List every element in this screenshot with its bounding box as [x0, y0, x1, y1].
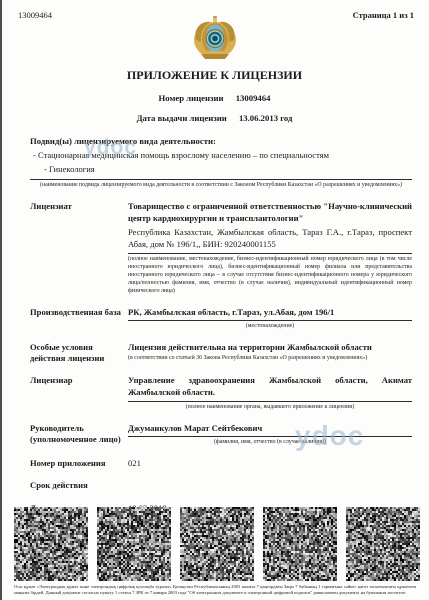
license-date-label: Дата выдачи лицензии — [137, 113, 227, 123]
licensor-row: Лицензиар Управление здравоохранения Жам… — [30, 375, 412, 412]
licensee-note: (полное наименование, местонахождение, б… — [128, 256, 412, 296]
production-base-row: Производственная база РК, Жамбылская обл… — [30, 307, 412, 331]
subtype-item: - Гинекология — [30, 164, 412, 174]
license-number-value: 13009464 — [236, 93, 271, 103]
validity-label: Срок действия — [30, 480, 128, 491]
head-person-note: (фамилия, имя, отчество (в случае наличи… — [128, 439, 412, 447]
rule-line — [128, 401, 412, 402]
subtypes-note: (наименование подвида лицензируемого вид… — [30, 182, 412, 190]
production-base-note: (местонахождение) — [128, 323, 412, 331]
qr-code — [346, 507, 420, 581]
license-number-line: Номер лицензии 13009464 — [0, 93, 429, 103]
licensee-row: Лицензиат Товарищество с ограниченной от… — [30, 201, 412, 296]
licensor-note: (полное наименование органа, выдавшего п… — [128, 404, 412, 412]
form-number: 13009464 — [18, 10, 52, 20]
subtypes-heading: Подвид(ы) лицензируемого вида деятельнос… — [30, 136, 412, 146]
document-title: ПРИЛОЖЕНИЕ К ЛИЦЕНЗИИ — [0, 68, 429, 83]
rule-line — [30, 179, 412, 180]
document-body: Подвид(ы) лицензируемого вида деятельнос… — [0, 136, 429, 548]
attachment-number-value: 021 — [128, 458, 412, 470]
special-conditions-note: (в соответствии со статьей 36 Закона Рес… — [128, 355, 412, 363]
subtype-item: - Стационарная медицинская помощь взросл… — [30, 150, 412, 160]
qr-code — [263, 507, 337, 581]
attachment-number-label: Номер приложения — [30, 458, 128, 470]
qr-code — [180, 507, 254, 581]
validity-row: Срок действия — [30, 480, 412, 491]
validity-value — [128, 480, 412, 491]
production-base-value: РК, Жамбылская область, г.Тараз, ул.Абая… — [128, 307, 412, 321]
qr-code-strip — [14, 507, 420, 581]
licensee-address: Республика Казахстан, Жамбылская область… — [128, 227, 412, 250]
kazakhstan-emblem-icon — [192, 15, 238, 67]
rule-line — [128, 253, 412, 254]
qr-code — [97, 507, 171, 581]
licensee-name: Товарищество с ограниченной ответственно… — [128, 201, 412, 224]
page-indicator: Страница 1 из 1 — [353, 10, 414, 20]
head-person-row: Руководитель (уполномоченное лицо) Джума… — [30, 423, 412, 447]
legal-footer-text: Осы құжат «Электрондық құжат және электр… — [14, 584, 416, 595]
licensor-value: Управление здравоохранения Жамбылской об… — [128, 375, 412, 398]
license-date-line: Дата выдачи лицензии 13.06.2013 год — [0, 113, 429, 123]
special-conditions-value: Лицензия действительна на территории Жам… — [128, 342, 412, 354]
qr-code — [14, 507, 88, 581]
attachment-number-row: Номер приложения 021 — [30, 458, 412, 470]
page-header: 13009464 Страница 1 из 1 — [0, 0, 429, 62]
license-number-label: Номер лицензии — [159, 93, 224, 103]
licensee-label: Лицензиат — [30, 201, 128, 296]
special-conditions-row: Особые условия действия лицензии Лицензи… — [30, 342, 412, 364]
license-attachment-page: 13009464 Страница 1 из 1 ПРИЛОЖЕНИЕ К ЛИ… — [0, 0, 429, 600]
license-date-value: 13.06.2013 год — [239, 113, 292, 123]
scan-edge-artifact — [0, 0, 2, 600]
special-conditions-label: Особые условия действия лицензии — [30, 342, 128, 364]
head-person-label: Руководитель (уполномоченное лицо) — [30, 423, 128, 447]
head-person-value: Джуманкулов Марат Сейтбекович — [128, 423, 412, 437]
licensor-label: Лицензиар — [30, 375, 128, 412]
production-base-label: Производственная база — [30, 307, 128, 331]
